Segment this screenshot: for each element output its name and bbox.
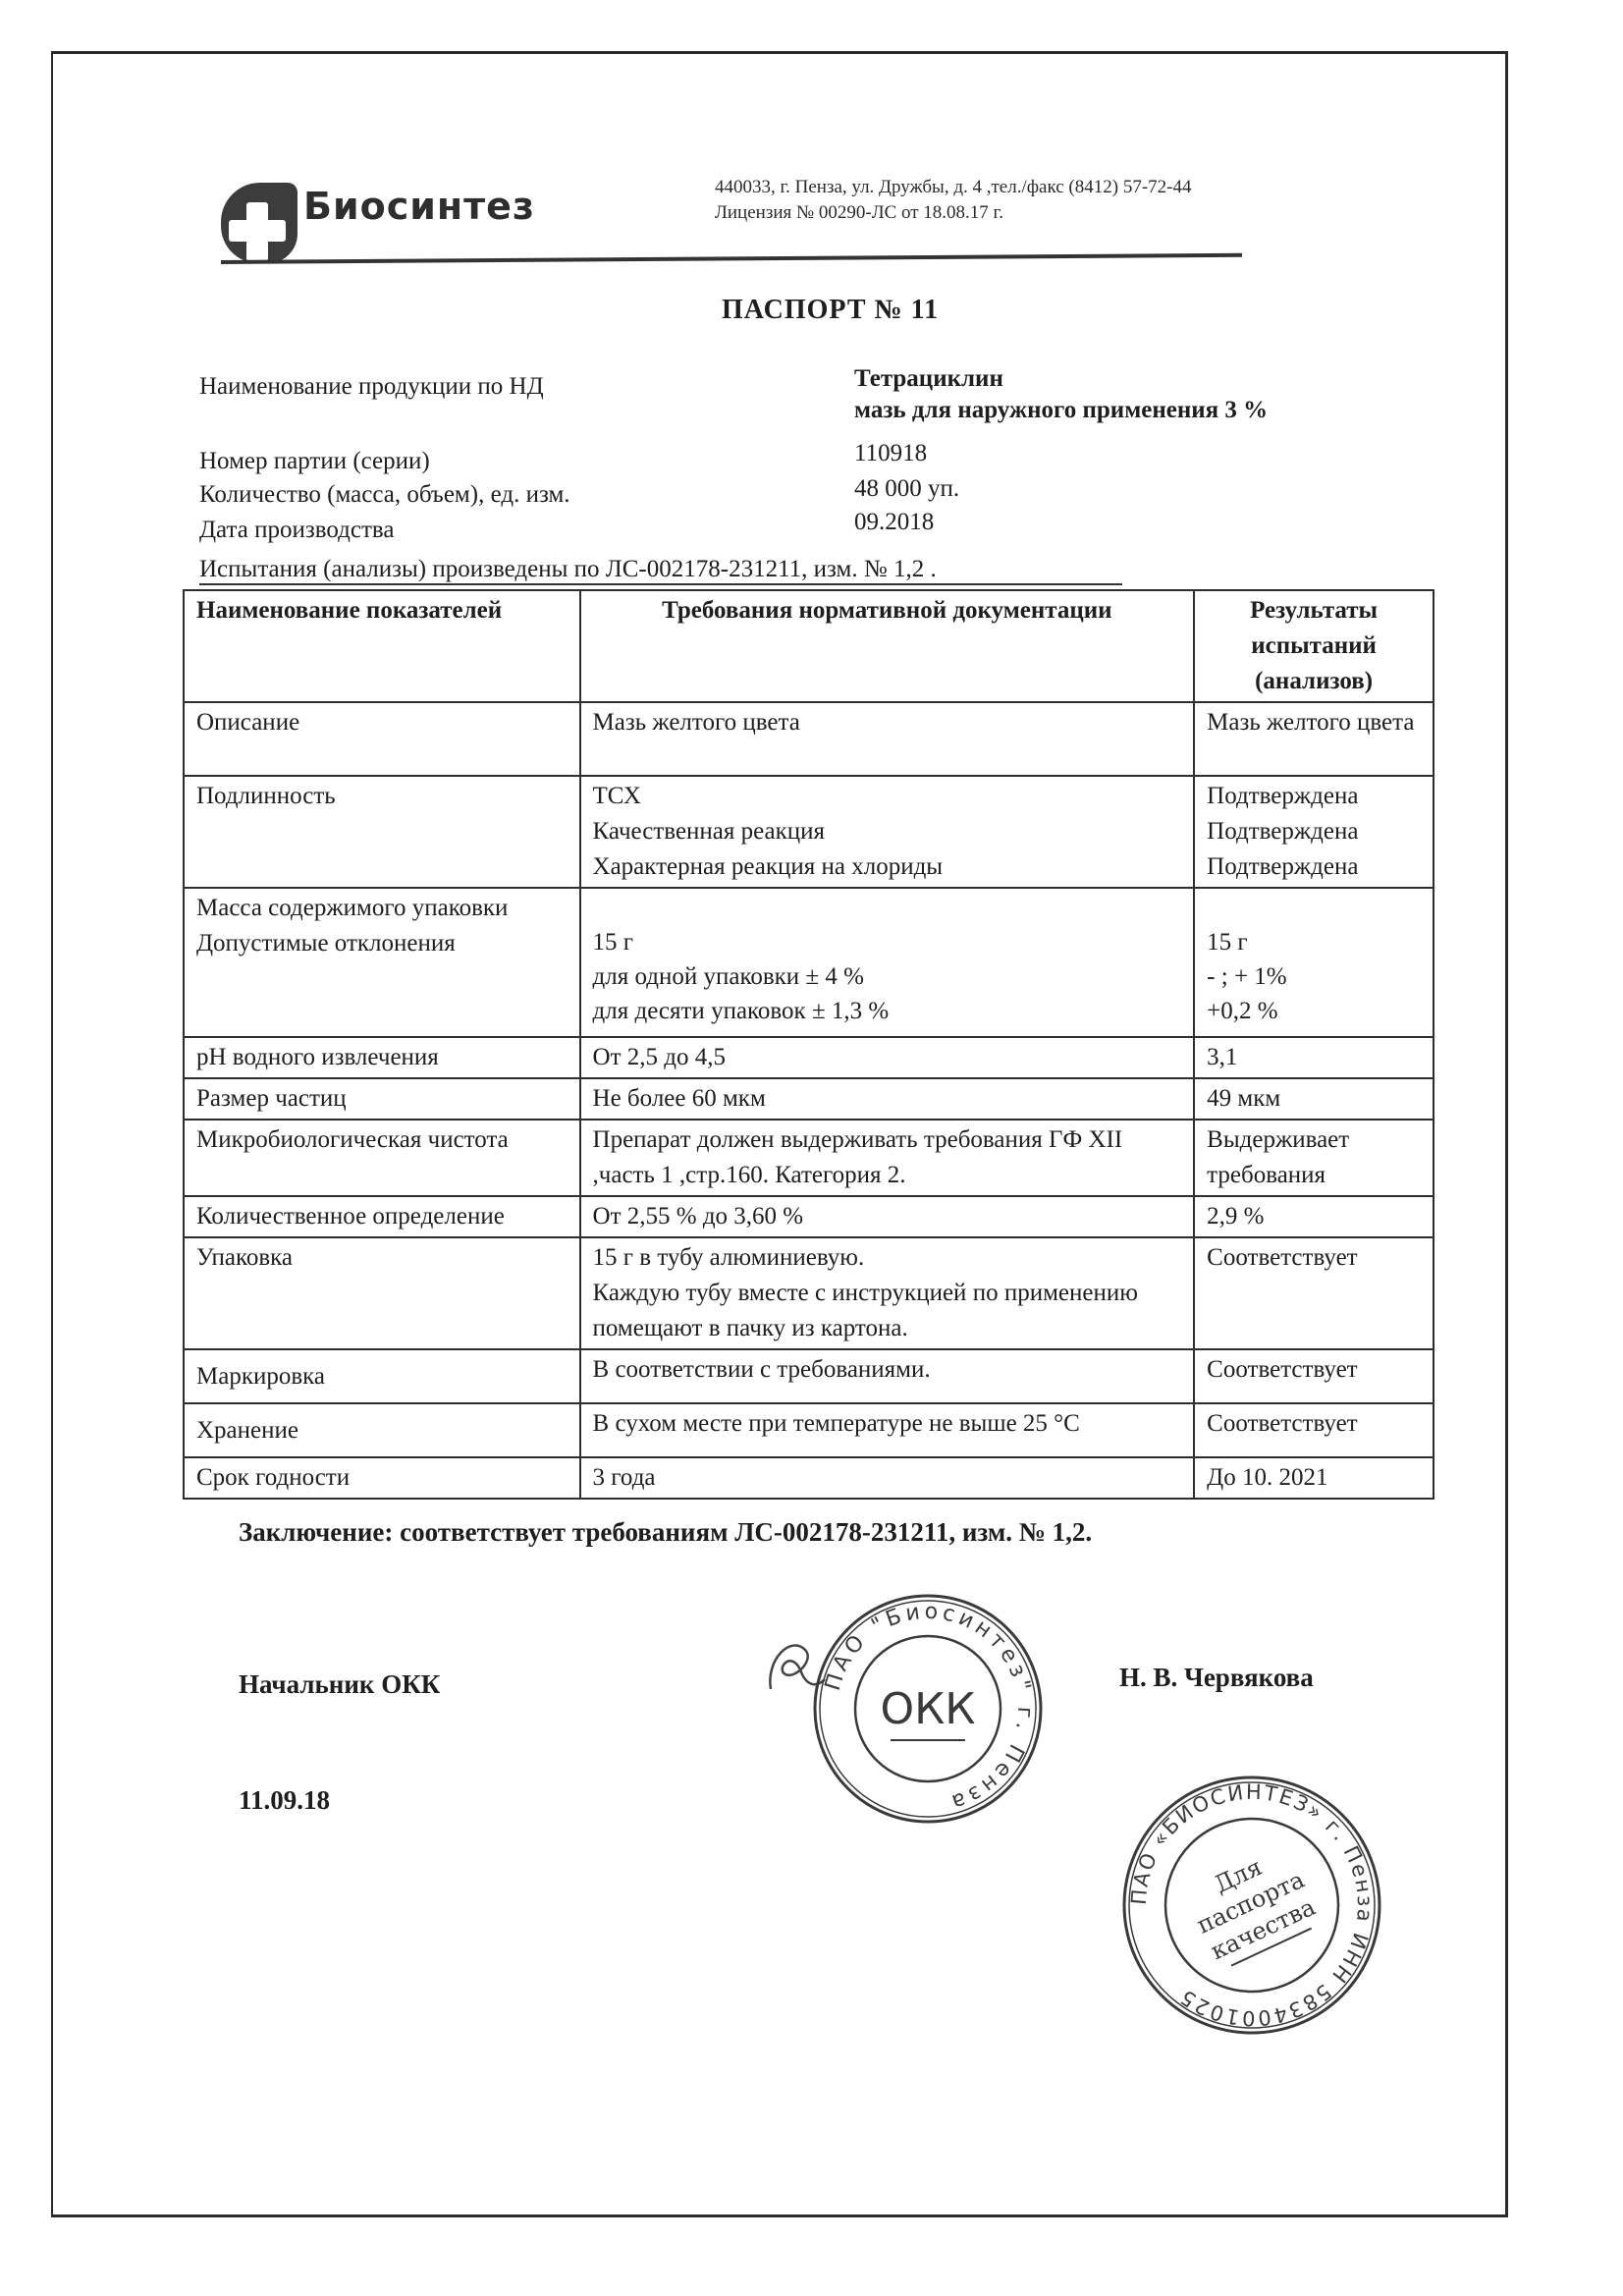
logo-cross-icon xyxy=(221,183,298,263)
table-row: Микробиологическая чистота Препарат долж… xyxy=(184,1120,1434,1196)
cell-result: 3,1 xyxy=(1194,1037,1434,1078)
svg-text:ОКК: ОКК xyxy=(880,1684,975,1734)
cell-indicator: Срок годности xyxy=(184,1457,580,1499)
company-license: Лицензия № 00290-ЛС от 18.08.17 г. xyxy=(715,202,1003,224)
field-value-production-date: 09.2018 xyxy=(854,509,934,536)
cell-indicator: Упаковка xyxy=(184,1237,580,1349)
cell-result: 2,9 % xyxy=(1194,1196,1434,1237)
company-address: 440033, г. Пенза, ул. Дружбы, д. 4 ,тел.… xyxy=(715,177,1191,198)
cell-indicator: Количественное определение xyxy=(184,1196,580,1237)
company-logo: Биосинтез xyxy=(221,175,574,268)
table-row: Срок годности 3 года До 10. 2021 xyxy=(184,1457,1434,1499)
table-row: Маркировка В соответствии с требованиями… xyxy=(184,1349,1434,1403)
cell-result: Подтверждена Подтверждена Подтверждена xyxy=(1194,776,1434,888)
cell-requirement: 3 года xyxy=(580,1457,1195,1499)
tests-standard-line: Испытания (анализы) произведены по ЛС-00… xyxy=(199,556,1122,585)
header-requirement: Требования нормативной документации xyxy=(580,590,1195,702)
cell-indicator: pH водного извлечения xyxy=(184,1037,580,1078)
field-label-product: Наименование продукции по НД xyxy=(199,373,544,401)
field-value-product: Тетрациклин xyxy=(854,365,1003,393)
cell-requirement: 15 г для одной упаковки ± 4 % для десяти… xyxy=(580,888,1195,1037)
document-title: ПАСПОРТ № 11 xyxy=(722,295,939,326)
okk-stamp-icon: ПАО "Биосинтез" г. Пенза ОКК xyxy=(810,1591,1046,1827)
table-row: Подлинность ТСХ Качественная реакция Хар… xyxy=(184,776,1434,888)
cell-requirement: От 2,5 до 4,5 xyxy=(580,1037,1195,1078)
table-row: Размер частиц Не более 60 мкм 49 мкм xyxy=(184,1078,1434,1120)
table-row: Описание Мазь желтого цвета Мазь желтого… xyxy=(184,702,1434,776)
cell-indicator: Подлинность xyxy=(184,776,580,888)
cell-requirement: ТСХ Качественная реакция Характерная реа… xyxy=(580,776,1195,888)
cell-result: Соответствует xyxy=(1194,1349,1434,1403)
cell-requirement: Мазь желтого цвета xyxy=(580,702,1195,776)
field-label-quantity: Количество (масса, объем), ед. изм. xyxy=(199,481,570,509)
table-row: Упаковка 15 г в тубу алюминиевую. Каждую… xyxy=(184,1237,1434,1349)
quality-stamp-icon: ПАО «БИОСИНТЕЗ» г. Пенза ИНН 5834001025 … xyxy=(1119,1773,1384,2038)
cell-indicator: Размер частиц xyxy=(184,1078,580,1120)
field-value-quantity: 48 000 уп. xyxy=(854,475,959,503)
cell-result: Соответствует xyxy=(1194,1237,1434,1349)
cell-indicator: Микробиологическая чистота xyxy=(184,1120,580,1196)
field-value-product-form: мазь для наружного применения 3 % xyxy=(854,397,1268,424)
cell-result: Соответствует xyxy=(1194,1403,1434,1457)
conclusion: Заключение: соответствует требованиям ЛС… xyxy=(239,1517,1092,1548)
table-row: pH водного извлечения От 2,5 до 4,5 3,1 xyxy=(184,1037,1434,1078)
header-result: Результаты испытаний (анализов) xyxy=(1194,590,1434,702)
spec-table: Наименование показателей Требования норм… xyxy=(183,589,1434,1500)
cell-result: Выдерживает требования xyxy=(1194,1120,1434,1196)
signatory-name: Н. В. Червякова xyxy=(1119,1663,1314,1693)
cell-indicator: Хранение xyxy=(184,1403,580,1457)
table-header-row: Наименование показателей Требования норм… xyxy=(184,590,1434,702)
cell-indicator: Маркировка xyxy=(184,1349,580,1403)
cell-requirement: В соответствии с требованиями. xyxy=(580,1349,1195,1403)
cell-result: 15 г - ; + 1% +0,2 % xyxy=(1194,888,1434,1037)
signatory-role: Начальник ОКК xyxy=(239,1669,440,1700)
field-value-batch: 110918 xyxy=(854,440,927,467)
cell-requirement: 15 г в тубу алюминиевую. Каждую тубу вме… xyxy=(580,1237,1195,1349)
cell-indicator: Масса содержимого упаковки Допустимые от… xyxy=(184,888,580,1037)
cell-result: До 10. 2021 xyxy=(1194,1457,1434,1499)
table-row: Хранение В сухом месте при температуре н… xyxy=(184,1403,1434,1457)
cell-indicator: Описание xyxy=(184,702,580,776)
header-indicator: Наименование показателей xyxy=(184,590,580,702)
logo-text: Биосинтез xyxy=(303,185,535,228)
table-row: Количественное определение От 2,55 % до … xyxy=(184,1196,1434,1237)
cell-requirement: В сухом месте при температуре не выше 25… xyxy=(580,1403,1195,1457)
cell-requirement: Препарат должен выдерживать требования Г… xyxy=(580,1120,1195,1196)
cell-requirement: Не более 60 мкм xyxy=(580,1078,1195,1120)
cell-result: Мазь желтого цвета xyxy=(1194,702,1434,776)
cell-result: 49 мкм xyxy=(1194,1078,1434,1120)
field-label-batch: Номер партии (серии) xyxy=(199,448,430,475)
field-label-production-date: Дата производства xyxy=(199,517,394,544)
cell-requirement: От 2,55 % до 3,60 % xyxy=(580,1196,1195,1237)
signature-date: 11.09.18 xyxy=(239,1785,330,1816)
table-row: Масса содержимого упаковки Допустимые от… xyxy=(184,888,1434,1037)
